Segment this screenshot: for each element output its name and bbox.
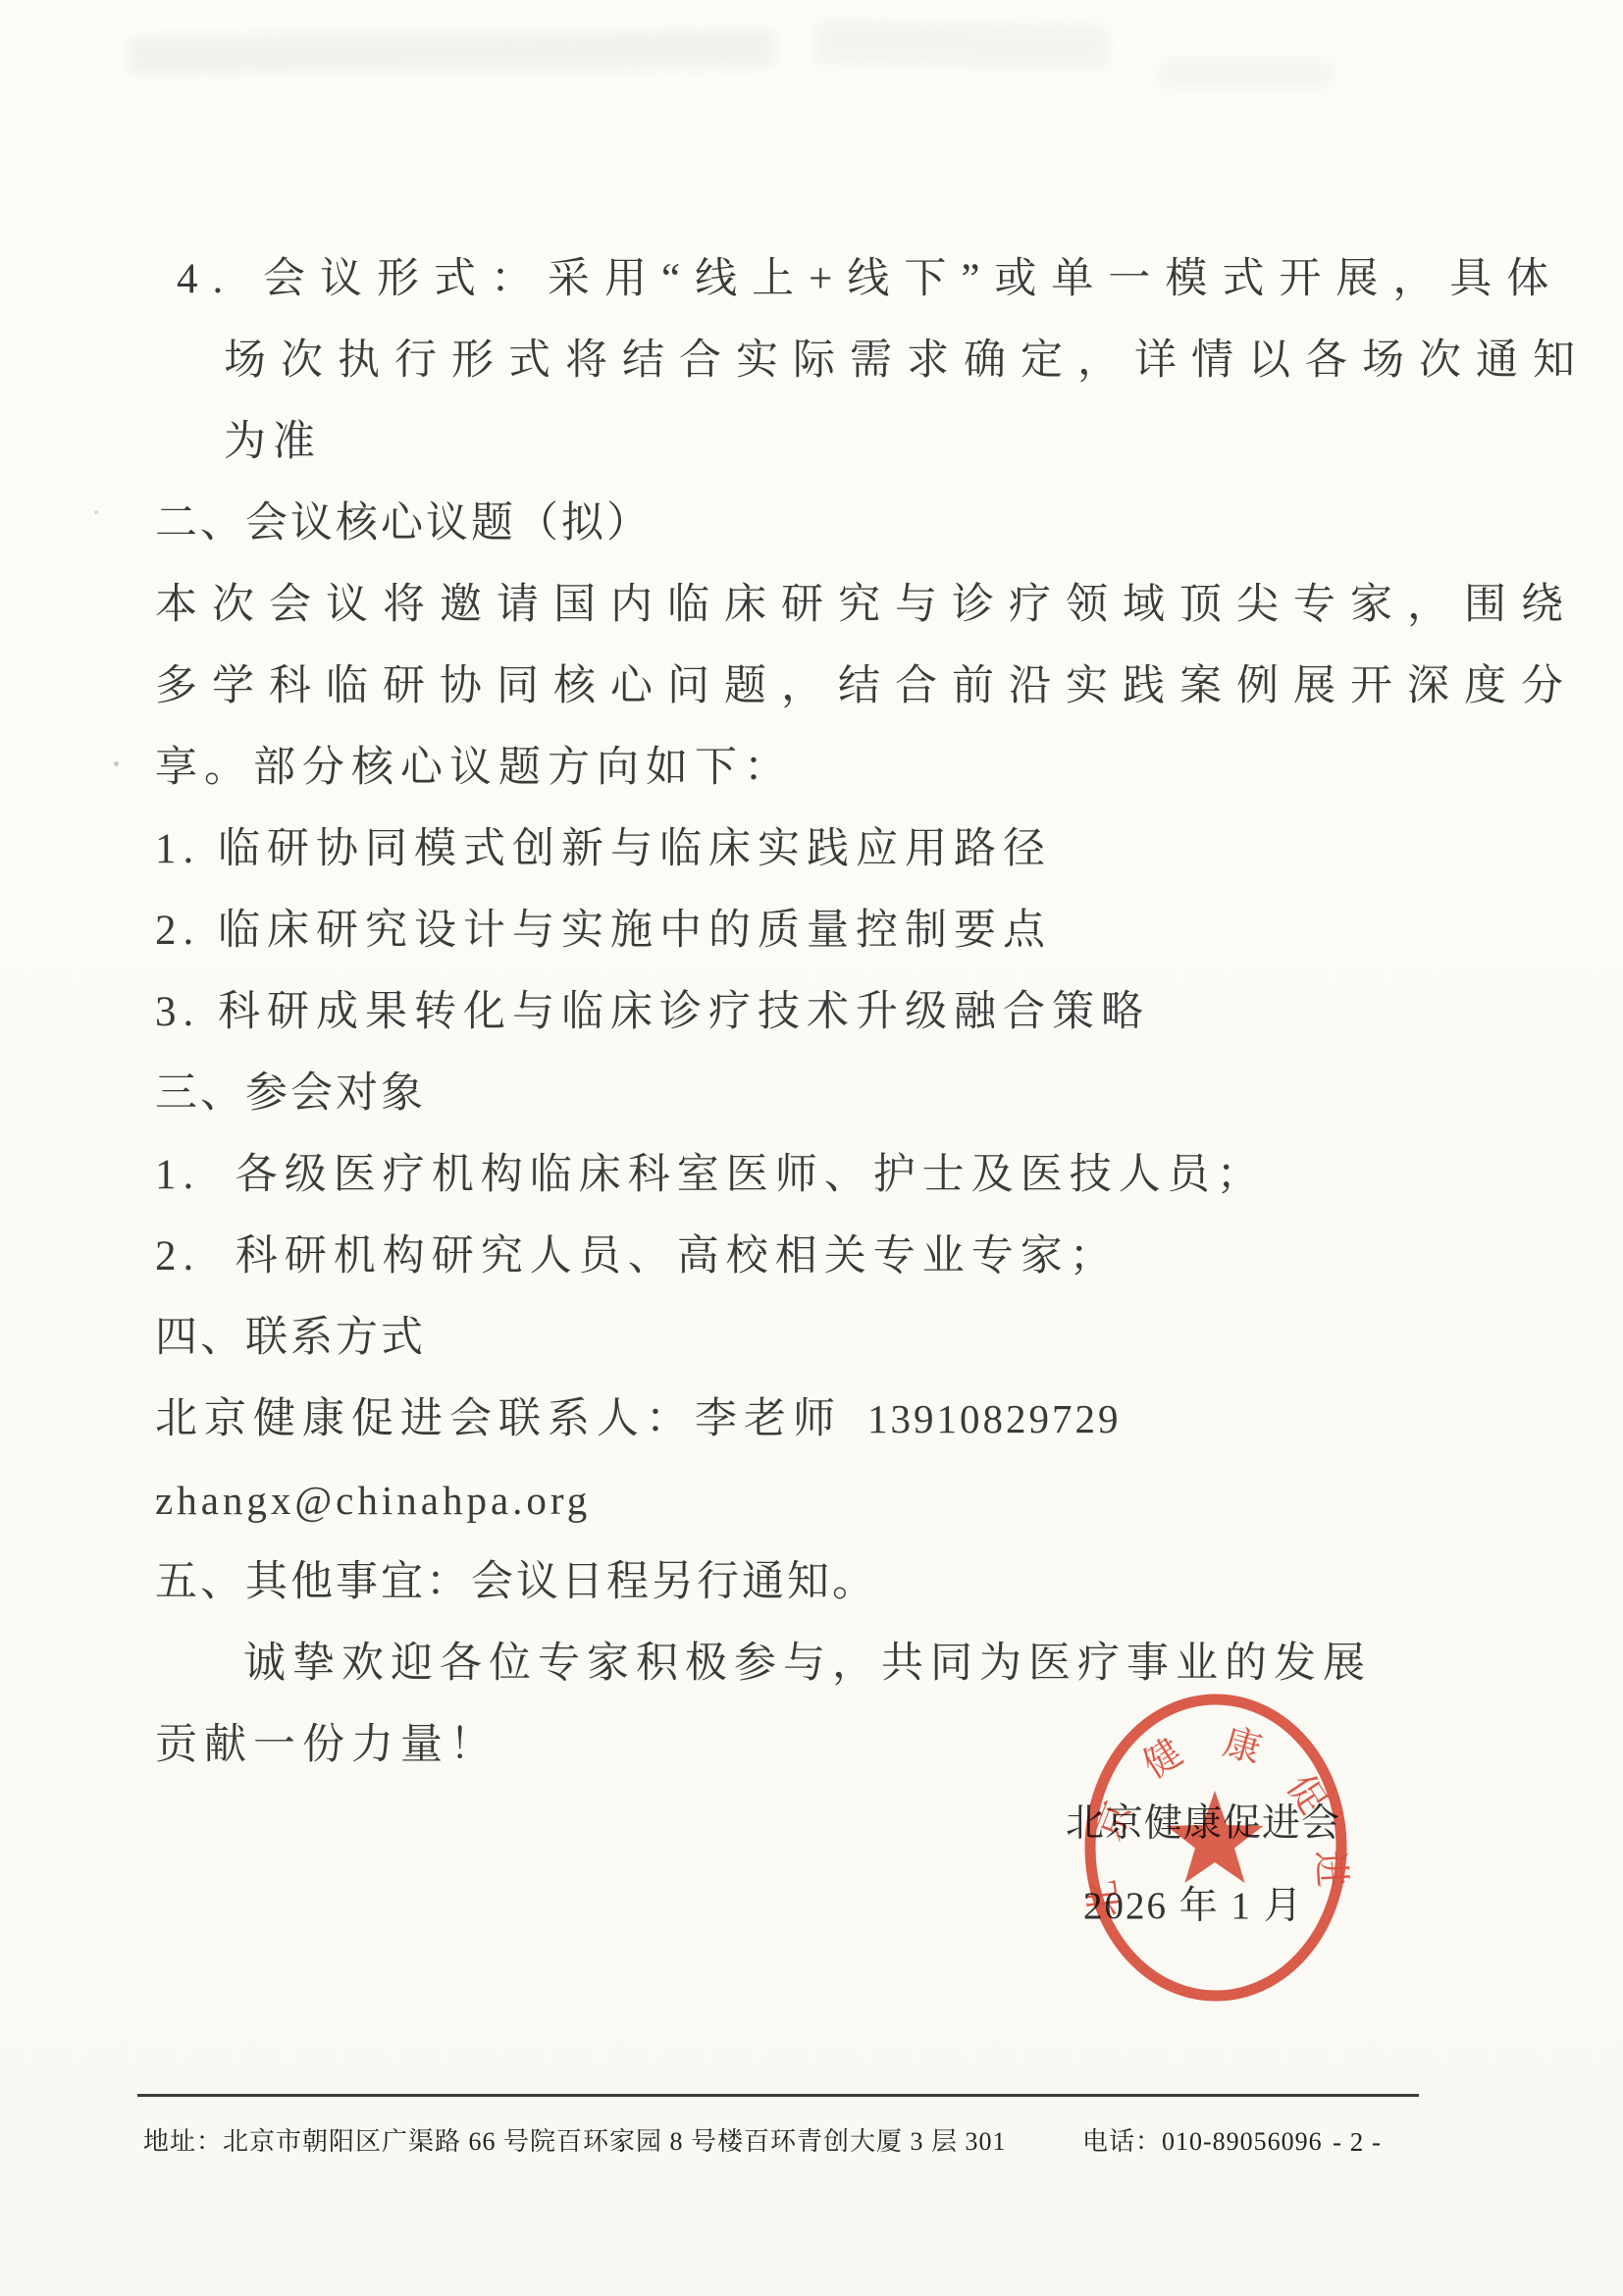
stamp-star-icon xyxy=(1167,1791,1264,1883)
doc-line: 4. 会议形式：采用“线上+线下”或单一模式开展，具体 xyxy=(0,238,1623,320)
page-number: - 2 - xyxy=(1333,2119,1382,2165)
document-page: 4. 会议形式：采用“线上+线下”或单一模式开展，具体 场次执行形式将结合实际需… xyxy=(0,0,1623,2296)
doc-line: 为准 xyxy=(0,401,1623,483)
contact-label: 北京健康促进会联系人：李老师 xyxy=(155,1396,842,1442)
contact-line: 北京健康促进会联系人：李老师13910829729 xyxy=(0,1379,1623,1460)
section-heading: 五、其他事宜：会议日程另行通知。 xyxy=(0,1541,1623,1623)
scan-artifact xyxy=(814,20,1110,69)
page-footer: 地址：北京市朝阳区广渠路 66 号院百环家园 8 号楼百环青创大厦 3 层 30… xyxy=(0,2119,1623,2165)
contact-email: zhangx@chinahpa.org xyxy=(0,1460,1623,1541)
doc-line: 本次会议将邀请国内临床研究与诊疗领域顶尖专家，围绕 xyxy=(0,564,1623,646)
doc-line: 多学科临研协同核心问题，结合前沿实践案例展开深度分 xyxy=(0,646,1623,727)
section-heading: 二、会议核心议题（拟） xyxy=(0,483,1623,564)
footer-phone: 电话：010-89056096 xyxy=(1082,2119,1323,2165)
list-item: 1. 各级医疗机构临床科室医师、护士及医技人员； xyxy=(0,1134,1623,1216)
list-item: 2. 科研机构研究人员、高校相关专业专家； xyxy=(0,1216,1623,1297)
footer-address: 地址：北京市朝阳区广渠路 66 号院百环家园 8 号楼百环青创大厦 3 层 30… xyxy=(143,2119,1007,2165)
list-item: 2. 临床研究设计与实施中的质量控制要点 xyxy=(0,890,1623,971)
section-heading: 四、联系方式 xyxy=(0,1297,1623,1379)
official-stamp: 北京健康促进会 xyxy=(1077,1690,1356,2009)
doc-line: 场次执行形式将结合实际需求确定，详情以各场次通知 xyxy=(0,320,1623,401)
doc-line: 诚挚欢迎各位专家积极参与，共同为医疗事业的发展 xyxy=(0,1623,1623,1704)
list-item: 3. 科研成果转化与临床诊疗技术升级融合策略 xyxy=(0,971,1623,1053)
doc-line: 享。部分核心议题方向如下： xyxy=(0,727,1623,809)
list-item: 1. 临研协同模式创新与临床实践应用路径 xyxy=(0,809,1623,890)
scan-artifact xyxy=(1158,59,1335,88)
footer-divider xyxy=(137,2094,1419,2097)
section-heading: 三、参会对象 xyxy=(0,1053,1623,1134)
contact-phone: 13910829729 xyxy=(867,1396,1122,1441)
doc-line: 贡献一份力量！ xyxy=(0,1704,1623,1786)
scan-artifact xyxy=(128,30,775,75)
document-body: 4. 会议形式：采用“线上+线下”或单一模式开展，具体 场次执行形式将结合实际需… xyxy=(0,238,1623,1786)
